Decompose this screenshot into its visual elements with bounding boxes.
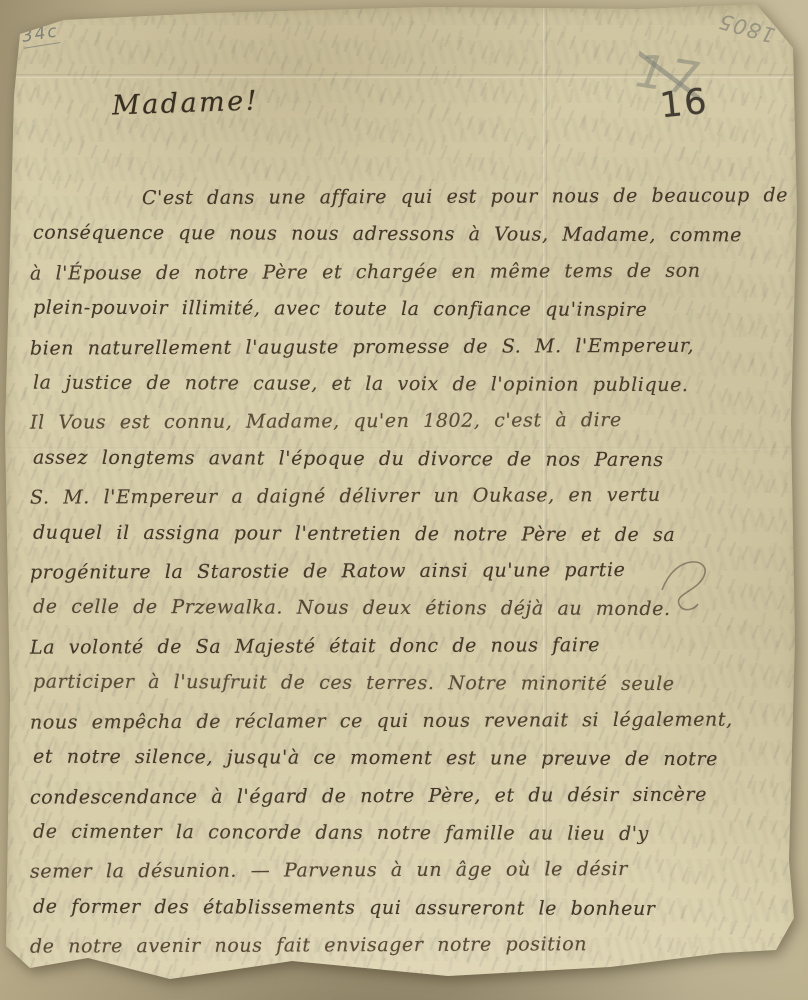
paper-surface: 34c 1805 17 16 Madame! C'est dans une af… [0, 0, 808, 1000]
letter-line: de notre avenir nous fait envisager notr… [30, 926, 764, 967]
letter-line: duquel il assigna pour l'entretien de no… [33, 514, 764, 554]
letter-line: condescendance à l'égard de notre Père, … [30, 776, 764, 817]
letter-body: C'est dans une affaire qui est pour nous… [30, 179, 764, 965]
paper-sheet: 34c 1805 17 16 Madame! C'est dans une af… [0, 0, 808, 1000]
folio-number: 16 [658, 82, 710, 127]
letter-line: plein-pouvoir illimité, avec toute la co… [33, 290, 764, 330]
letter-line: de former des établissements qui assurer… [33, 888, 764, 928]
scanned-letter-page: 34c 1805 17 16 Madame! C'est dans une af… [0, 0, 808, 1000]
letter-line: et notre silence, jusqu'à ce moment est … [33, 739, 764, 779]
letter-line: assez longtems avant l'époque du divorce… [33, 439, 764, 479]
letter-line: à l'Épouse de notre Père et chargée en m… [30, 252, 764, 293]
pencil-code-annotation: 34c [21, 21, 61, 49]
letter-line: S. M. l'Empereur a daigné délivrer un Ou… [30, 477, 764, 518]
letter-line: de cimenter la concorde dans notre famil… [33, 814, 764, 854]
letter-line: bien naturellement l'auguste promesse de… [30, 327, 764, 368]
letter-line: la justice de notre cause, et la voix de… [33, 365, 764, 405]
letter-line: de celle de Przewalka. Nous deux étions … [33, 589, 764, 629]
letter-line: nous empêcha de réclamer ce qui nous rev… [30, 701, 764, 742]
letter-line: C'est dans une affaire qui est pour nous… [30, 177, 764, 218]
letter-line: Il Vous est connu, Madame, qu'en 1802, c… [30, 402, 764, 443]
salutation: Madame! [112, 85, 260, 121]
letter-line: progéniture la Starostie de Ratow ainsi … [30, 551, 764, 592]
letter-line: La volonté de Sa Majesté était donc de n… [30, 626, 764, 667]
inverted-corner-annotation: 1805 [716, 9, 778, 48]
letter-line: participer à l'usufruit de ces terres. N… [33, 664, 764, 704]
letter-line: conséquence que nous nous adressons à Vo… [33, 215, 764, 255]
letter-line: semer la désunion. — Parvenus à un âge o… [30, 851, 764, 892]
